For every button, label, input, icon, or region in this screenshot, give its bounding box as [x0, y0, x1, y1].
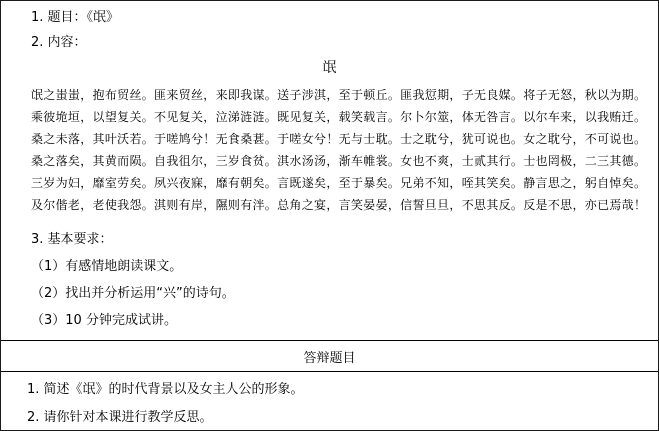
defense-header-band: 答辩题目 — [1, 340, 658, 372]
requirement-item-3: （3）10 分钟完成试讲。 — [1, 301, 658, 328]
question-title-line: 1. 题目：《氓》 — [1, 1, 658, 25]
poem-stanza-5: 三岁为妇，靡室劳矣。夙兴夜寐，靡有朝矣。言既遂矣，至于暴矣。兄弟不知，咥其笑矣。… — [31, 172, 646, 194]
defense-question-2: 2. 请你针对本课进行教学反思。 — [1, 397, 658, 425]
requirement-item-2: （2）找出并分析运用“兴”的诗句。 — [1, 274, 658, 301]
poem-stanza-2: 乘彼垝垣，以望复关。不见复关，泣涕涟涟。既见复关，载笑载言。尔卜尔筮，体无咎言。… — [31, 106, 646, 128]
defense-header-title: 答辩题目 — [303, 347, 355, 366]
poem-stanza-4: 桑之落矣，其黄而陨。自我徂尔，三岁食贫。淇水汤汤，渐车帷裳。女也不爽，士贰其行。… — [31, 150, 646, 172]
defense-question-1: 1. 简述《氓》的时代背景以及女主人公的形象。 — [1, 372, 658, 397]
poem-stanza-3: 桑之未落，其叶沃若。于嗟鸠兮！无食桑葚。于嗟女兮！无与士耽。士之耽兮，犹可说也。… — [31, 128, 646, 150]
requirement-item-1: （1）有感情地朗读课文。 — [1, 247, 658, 274]
question-section: 1. 题目：《氓》 2. 内容： 氓 氓之蚩蚩，抱布贸丝。匪来贸丝，来即我谋。送… — [1, 1, 658, 340]
poem-title: 氓 — [1, 50, 658, 76]
poem-stanza-6: 及尔偕老，老使我怨。淇则有岸，隰则有泮。总角之宴，言笑晏晏，信誓旦旦，不思其反。… — [31, 194, 646, 216]
defense-questions-section: 1. 简述《氓》的时代背景以及女主人公的形象。 2. 请你针对本课进行教学反思。 — [1, 372, 658, 430]
poem-stanza-1: 氓之蚩蚩，抱布贸丝。匪来贸丝，来即我谋。送子涉淇，至于顿丘。匪我愆期，子无良媒。… — [31, 84, 646, 106]
requirements-label: 3. 基本要求： — [1, 216, 658, 247]
content-label: 2. 内容： — [1, 25, 658, 50]
poem-body: 氓之蚩蚩，抱布贸丝。匪来贸丝，来即我谋。送子涉淇，至于顿丘。匪我愆期，子无良媒。… — [1, 76, 658, 216]
exam-question-card: 1. 题目：《氓》 2. 内容： 氓 氓之蚩蚩，抱布贸丝。匪来贸丝，来即我谋。送… — [0, 0, 659, 431]
